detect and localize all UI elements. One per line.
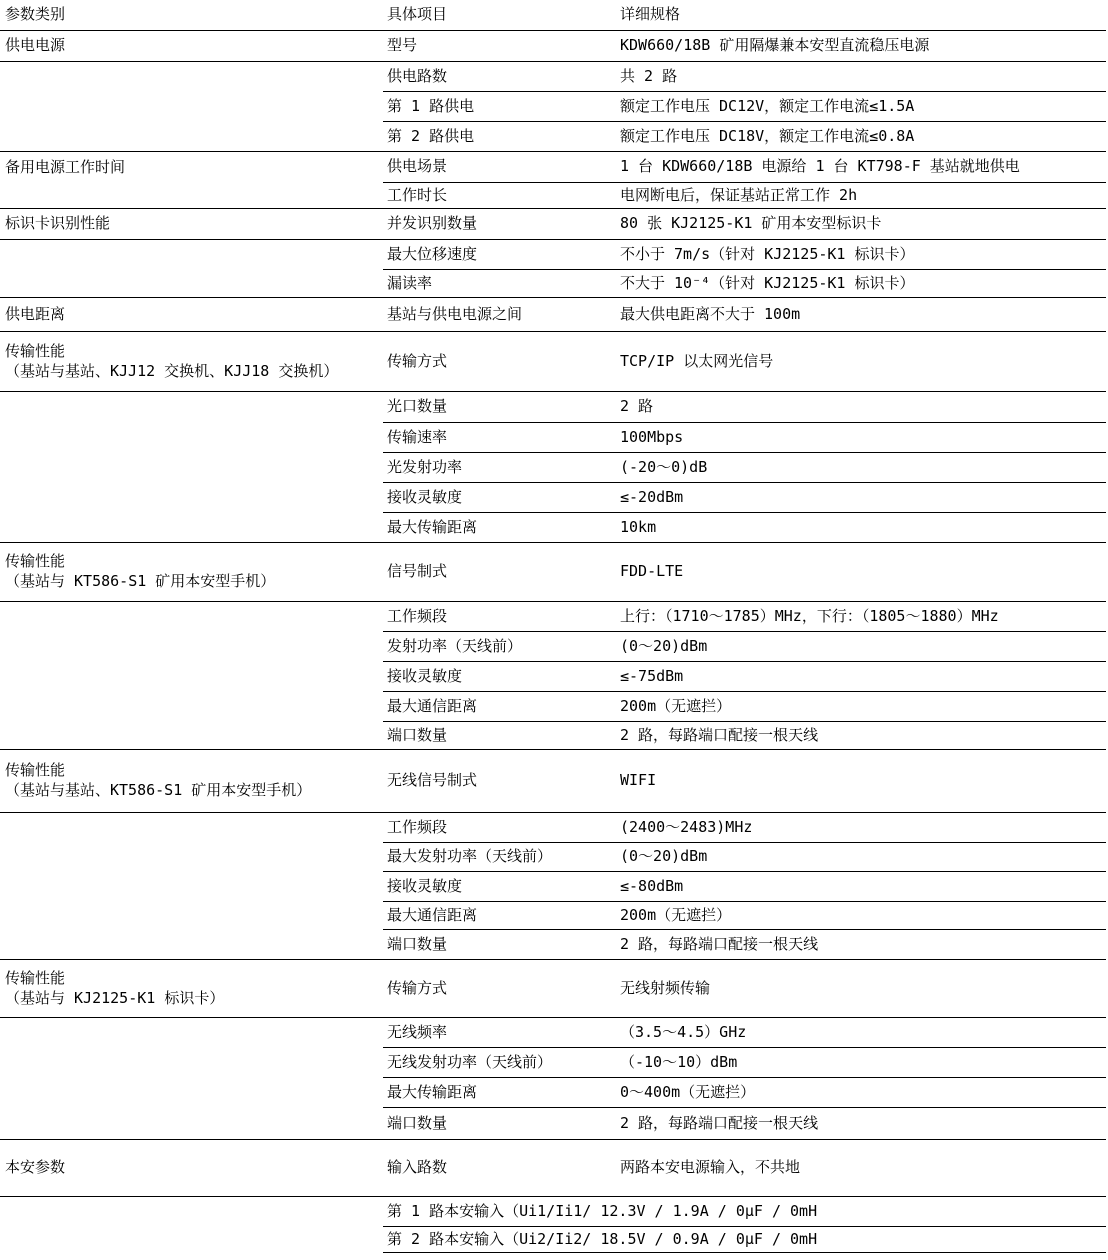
category-cell <box>0 813 383 843</box>
item-cell: 信号制式 <box>383 543 617 601</box>
spec-cell: 0～400m（无遮拦） <box>617 1078 1106 1107</box>
table-row: 第 1 路本安输入（Ui1/Ii1/ 12.3V / 1.9A / 0μF / … <box>0 1197 1106 1227</box>
spec-cell: ≤-80dBm <box>617 872 1106 901</box>
item-span-cell: 第 2 路本安输入（Ui2/Ii2/ 18.5V / 0.9A / 0μF / … <box>383 1227 1106 1252</box>
spec-cell: (0～20)dBm <box>617 632 1106 661</box>
item-cell: 第 2 路供电 <box>383 122 617 151</box>
row-tail: 光口数量2 路 <box>383 392 1106 423</box>
row-tail: 端口数量2 路，每路端口配接一根天线 <box>383 722 1106 749</box>
table-row: 最大发射功率（天线前）(0～20)dBm <box>0 843 1106 872</box>
row-tail: 光发射功率(-20～0)dB <box>383 453 1106 483</box>
table-row: 端口数量2 路，每路端口配接一根天线 <box>0 1108 1106 1140</box>
item-cell: 无线信号制式 <box>383 750 617 812</box>
item-cell: 供电路数 <box>383 62 617 91</box>
page: { "table": { "columns": ["参数类别", "具体项目",… <box>0 0 1108 1260</box>
table-row: 最大位移速度不小于 7m/s（针对 KJ2125-K1 标识卡） <box>0 240 1106 270</box>
table-row: 工作频段上行：（1710～1785）MHz，下行：（1805～1880）MHz <box>0 602 1106 632</box>
category-cell: 标识卡识别性能 <box>0 209 383 239</box>
item-cell: 工作频段 <box>383 602 617 631</box>
row-tail: 输入路数两路本安电源输入，不共地 <box>383 1140 1106 1196</box>
category-cell: 备用电源工作时间 <box>0 152 383 183</box>
spec-cell: 最大供电距离不大于 100m <box>617 298 1106 331</box>
spec-cell: 2 路，每路端口配接一根天线 <box>617 930 1106 959</box>
row-tail: 供电场景1 台 KDW660/18B 电源给 1 台 KT798-F 基站就地供… <box>383 152 1106 183</box>
column-header-item: 具体项目 <box>383 0 617 30</box>
category-cell: 传输性能 （基站与 KJ2125-K1 标识卡） <box>0 960 383 1017</box>
row-tail: 传输方式无线射频传输 <box>383 960 1106 1017</box>
row-tail: 最大传输距离10km <box>383 513 1106 542</box>
category-cell <box>0 602 383 632</box>
table-row: 端口数量2 路，每路端口配接一根天线 <box>0 722 1106 750</box>
table-row: 第 2 路供电额定工作电压 DC18V，额定工作电流≤0.8A <box>0 122 1106 152</box>
spec-cell: 共 2 路 <box>617 62 1106 91</box>
spec-cell: 2 路，每路端口配接一根天线 <box>617 1108 1106 1139</box>
category-cell <box>0 392 383 423</box>
item-cell: 发射功率（天线前） <box>383 632 617 661</box>
spec-cell: 1 台 KDW660/18B 电源给 1 台 KT798-F 基站就地供电 <box>617 152 1106 182</box>
category-cell: 传输性能 （基站与 KT586-S1 矿用本安型手机） <box>0 543 383 601</box>
row-tail: 第 1 路供电额定工作电压 DC12V，额定工作电流≤1.5A <box>383 92 1106 122</box>
spec-cell: 2 路，每路端口配接一根天线 <box>617 722 1106 749</box>
item-cell: 光发射功率 <box>383 453 617 482</box>
category-cell: 供电距离 <box>0 298 383 331</box>
category-cell <box>0 902 383 930</box>
spec-cell: 电网断电后，保证基站正常工作 2h <box>617 183 1106 208</box>
row-tail: 最大传输距离0～400m（无遮拦） <box>383 1078 1106 1108</box>
category-cell <box>0 240 383 270</box>
item-cell: 传输速率 <box>383 423 617 452</box>
row-tail: 无线信号制式WIFI <box>383 750 1106 812</box>
table-row: 传输速率100Mbps <box>0 423 1106 453</box>
category-cell <box>0 843 383 872</box>
category-cell <box>0 662 383 692</box>
table-row: 接收灵敏度≤-20dBm <box>0 483 1106 513</box>
item-cell: 最大发射功率（天线前） <box>383 843 617 871</box>
category-cell <box>0 270 383 297</box>
row-tail: 型号KDW660/18B 矿用隔爆兼本安型直流稳压电源 <box>383 31 1106 61</box>
item-cell: 最大通信距离 <box>383 692 617 721</box>
spec-cell: 10km <box>617 513 1106 542</box>
row-tail: 发射功率（天线前）(0～20)dBm <box>383 632 1106 662</box>
item-cell: 无线发射功率（天线前） <box>383 1048 617 1077</box>
item-cell: 最大位移速度 <box>383 240 617 269</box>
table-row: 传输性能 （基站与基站、KJJ12 交换机、KJJ18 交换机）传输方式TCP/… <box>0 332 1106 392</box>
table-row: 最大通信距离200m（无遮拦） <box>0 692 1106 722</box>
category-cell <box>0 513 383 542</box>
category-cell <box>0 930 383 959</box>
row-tail: 信号制式FDD-LTE <box>383 543 1106 601</box>
spec-cell: 200m（无遮拦） <box>617 902 1106 929</box>
column-header-category: 参数类别 <box>0 0 383 30</box>
row-tail: 最大位移速度不小于 7m/s（针对 KJ2125-K1 标识卡） <box>383 240 1106 270</box>
category-cell <box>0 62 383 92</box>
category-cell <box>0 722 383 749</box>
table-row: 端口数量2 路，每路端口配接一根天线 <box>0 930 1106 960</box>
row-tail: 工作频段(2400～2483)MHz <box>383 813 1106 843</box>
table-row: 传输性能 （基站与 KT586-S1 矿用本安型手机）信号制式FDD-LTE <box>0 543 1106 602</box>
table-body: 供电电源型号KDW660/18B 矿用隔爆兼本安型直流稳压电源供电路数共 2 路… <box>0 31 1106 1253</box>
row-tail: 无线频率（3.5～4.5）GHz <box>383 1018 1106 1048</box>
header-tail: 具体项目 详细规格 <box>383 0 1106 30</box>
spec-cell: 上行：（1710～1785）MHz，下行：（1805～1880）MHz <box>617 602 1106 631</box>
table-row: 无线发射功率（天线前）（-10～10）dBm <box>0 1048 1106 1078</box>
table-row: 最大传输距离0～400m（无遮拦） <box>0 1078 1106 1108</box>
table-row: 最大通信距离200m（无遮拦） <box>0 902 1106 930</box>
table-row: 接收灵敏度≤-80dBm <box>0 872 1106 902</box>
row-tail: 供电路数共 2 路 <box>383 62 1106 92</box>
spec-cell: (0～20)dBm <box>617 843 1106 871</box>
spec-cell: 100Mbps <box>617 423 1106 452</box>
item-cell: 无线频率 <box>383 1018 617 1047</box>
row-tail: 最大发射功率（天线前）(0～20)dBm <box>383 843 1106 872</box>
table-row: 发射功率（天线前）(0～20)dBm <box>0 632 1106 662</box>
table-row: 最大传输距离10km <box>0 513 1106 543</box>
spec-cell: WIFI <box>617 750 1106 812</box>
spec-cell: TCP/IP 以太网光信号 <box>617 332 1106 391</box>
item-cell: 型号 <box>383 31 617 61</box>
category-cell <box>0 1048 383 1078</box>
spec-cell: 2 路 <box>617 392 1106 422</box>
row-tail: 接收灵敏度≤-20dBm <box>383 483 1106 513</box>
table-header-row: 参数类别 具体项目 详细规格 <box>0 0 1106 31</box>
table-row: 漏读率不大于 10⁻⁴（针对 KJ2125-K1 标识卡） <box>0 270 1106 298</box>
item-cell: 端口数量 <box>383 930 617 959</box>
table-row: 无线频率（3.5～4.5）GHz <box>0 1018 1106 1048</box>
table-row: 工作时长电网断电后，保证基站正常工作 2h <box>0 183 1106 209</box>
item-cell: 接收灵敏度 <box>383 483 617 512</box>
spec-cell: 两路本安电源输入，不共地 <box>617 1140 1106 1196</box>
row-tail: 端口数量2 路，每路端口配接一根天线 <box>383 930 1106 959</box>
table-row: 标识卡识别性能并发识别数量80 张 KJ2125-K1 矿用本安型标识卡 <box>0 209 1106 240</box>
spec-cell: （3.5～4.5）GHz <box>617 1018 1106 1047</box>
item-cell: 接收灵敏度 <box>383 872 617 901</box>
table-row: 第 2 路本安输入（Ui2/Ii2/ 18.5V / 0.9A / 0μF / … <box>0 1227 1106 1253</box>
category-cell <box>0 1078 383 1108</box>
item-cell: 端口数量 <box>383 1108 617 1139</box>
item-cell: 第 1 路供电 <box>383 92 617 121</box>
row-tail: 第 2 路本安输入（Ui2/Ii2/ 18.5V / 0.9A / 0μF / … <box>383 1227 1106 1253</box>
row-tail: 传输速率100Mbps <box>383 423 1106 453</box>
spec-cell: (2400～2483)MHz <box>617 813 1106 842</box>
item-cell: 最大传输距离 <box>383 1078 617 1107</box>
spec-cell: 200m（无遮拦） <box>617 692 1106 721</box>
table-row: 光口数量2 路 <box>0 392 1106 423</box>
spec-cell: 额定工作电压 DC12V，额定工作电流≤1.5A <box>617 92 1106 121</box>
row-tail: 接收灵敏度≤-80dBm <box>383 872 1106 902</box>
row-tail: 传输方式TCP/IP 以太网光信号 <box>383 332 1106 391</box>
spec-cell: ≤-20dBm <box>617 483 1106 512</box>
row-tail: 最大通信距离200m（无遮拦） <box>383 692 1106 722</box>
spec-cell: 不大于 10⁻⁴（针对 KJ2125-K1 标识卡） <box>617 270 1106 297</box>
category-cell <box>0 483 383 513</box>
spec-cell: FDD-LTE <box>617 543 1106 601</box>
spec-cell: 80 张 KJ2125-K1 矿用本安型标识卡 <box>617 209 1106 239</box>
row-tail: 并发识别数量80 张 KJ2125-K1 矿用本安型标识卡 <box>383 209 1106 239</box>
spec-cell: (-20～0)dB <box>617 453 1106 482</box>
category-cell <box>0 692 383 722</box>
category-cell <box>0 1197 383 1227</box>
spec-cell: 不小于 7m/s（针对 KJ2125-K1 标识卡） <box>617 240 1106 269</box>
category-cell <box>0 1018 383 1048</box>
column-header-spec: 详细规格 <box>617 0 1106 30</box>
table-row: 供电距离基站与供电电源之间最大供电距离不大于 100m <box>0 298 1106 332</box>
category-cell <box>0 92 383 122</box>
category-cell <box>0 453 383 483</box>
category-cell <box>0 632 383 662</box>
item-cell: 基站与供电电源之间 <box>383 298 617 331</box>
table-row: 第 1 路供电额定工作电压 DC12V，额定工作电流≤1.5A <box>0 92 1106 122</box>
row-tail: 工作频段上行：（1710～1785）MHz，下行：（1805～1880）MHz <box>383 602 1106 632</box>
category-cell <box>0 1108 383 1139</box>
category-cell: 传输性能 （基站与基站、KT586-S1 矿用本安型手机） <box>0 750 383 812</box>
category-cell: 本安参数 <box>0 1140 383 1196</box>
item-cell: 最大传输距离 <box>383 513 617 542</box>
row-tail: 第 1 路本安输入（Ui1/Ii1/ 12.3V / 1.9A / 0μF / … <box>383 1197 1106 1227</box>
row-tail: 最大通信距离200m（无遮拦） <box>383 902 1106 930</box>
row-tail: 接收灵敏度≤-75dBm <box>383 662 1106 692</box>
row-tail: 无线发射功率（天线前）（-10～10）dBm <box>383 1048 1106 1078</box>
table-row: 备用电源工作时间供电场景1 台 KDW660/18B 电源给 1 台 KT798… <box>0 152 1106 183</box>
item-cell: 传输方式 <box>383 960 617 1017</box>
table-row: 光发射功率(-20～0)dB <box>0 453 1106 483</box>
category-cell: 供电电源 <box>0 31 383 61</box>
table-row: 传输性能 （基站与基站、KT586-S1 矿用本安型手机）无线信号制式WIFI <box>0 750 1106 813</box>
row-tail: 端口数量2 路，每路端口配接一根天线 <box>383 1108 1106 1139</box>
category-cell <box>0 122 383 151</box>
item-cell: 工作频段 <box>383 813 617 842</box>
category-cell <box>0 423 383 453</box>
spec-cell: KDW660/18B 矿用隔爆兼本安型直流稳压电源 <box>617 31 1106 61</box>
spec-cell: （-10～10）dBm <box>617 1048 1106 1077</box>
category-cell <box>0 872 383 902</box>
row-tail: 漏读率不大于 10⁻⁴（针对 KJ2125-K1 标识卡） <box>383 270 1106 297</box>
item-cell: 端口数量 <box>383 722 617 749</box>
spec-cell: 无线射频传输 <box>617 960 1106 1017</box>
table-row: 接收灵敏度≤-75dBm <box>0 662 1106 692</box>
row-tail: 工作时长电网断电后，保证基站正常工作 2h <box>383 183 1106 208</box>
item-cell: 并发识别数量 <box>383 209 617 239</box>
table-row: 供电路数共 2 路 <box>0 62 1106 92</box>
table-row: 供电电源型号KDW660/18B 矿用隔爆兼本安型直流稳压电源 <box>0 31 1106 62</box>
spec-cell: 额定工作电压 DC18V，额定工作电流≤0.8A <box>617 122 1106 151</box>
row-tail: 基站与供电电源之间最大供电距离不大于 100m <box>383 298 1106 331</box>
table-row: 传输性能 （基站与 KJ2125-K1 标识卡）传输方式无线射频传输 <box>0 960 1106 1018</box>
item-cell: 输入路数 <box>383 1140 617 1196</box>
item-cell: 供电场景 <box>383 152 617 182</box>
row-tail: 第 2 路供电额定工作电压 DC18V，额定工作电流≤0.8A <box>383 122 1106 151</box>
item-span-cell: 第 1 路本安输入（Ui1/Ii1/ 12.3V / 1.9A / 0μF / … <box>383 1197 1106 1226</box>
table-row: 工作频段(2400～2483)MHz <box>0 813 1106 843</box>
category-cell: 传输性能 （基站与基站、KJJ12 交换机、KJJ18 交换机） <box>0 332 383 391</box>
spec-cell: ≤-75dBm <box>617 662 1106 691</box>
category-cell <box>0 1227 383 1253</box>
item-cell: 最大通信距离 <box>383 902 617 929</box>
item-cell: 接收灵敏度 <box>383 662 617 691</box>
item-cell: 工作时长 <box>383 183 617 208</box>
item-cell: 漏读率 <box>383 270 617 297</box>
table-row: 本安参数输入路数两路本安电源输入，不共地 <box>0 1140 1106 1197</box>
category-cell <box>0 183 383 208</box>
spec-table: 参数类别 具体项目 详细规格 供电电源型号KDW660/18B 矿用隔爆兼本安型… <box>0 0 1106 1253</box>
item-cell: 传输方式 <box>383 332 617 391</box>
item-cell: 光口数量 <box>383 392 617 422</box>
